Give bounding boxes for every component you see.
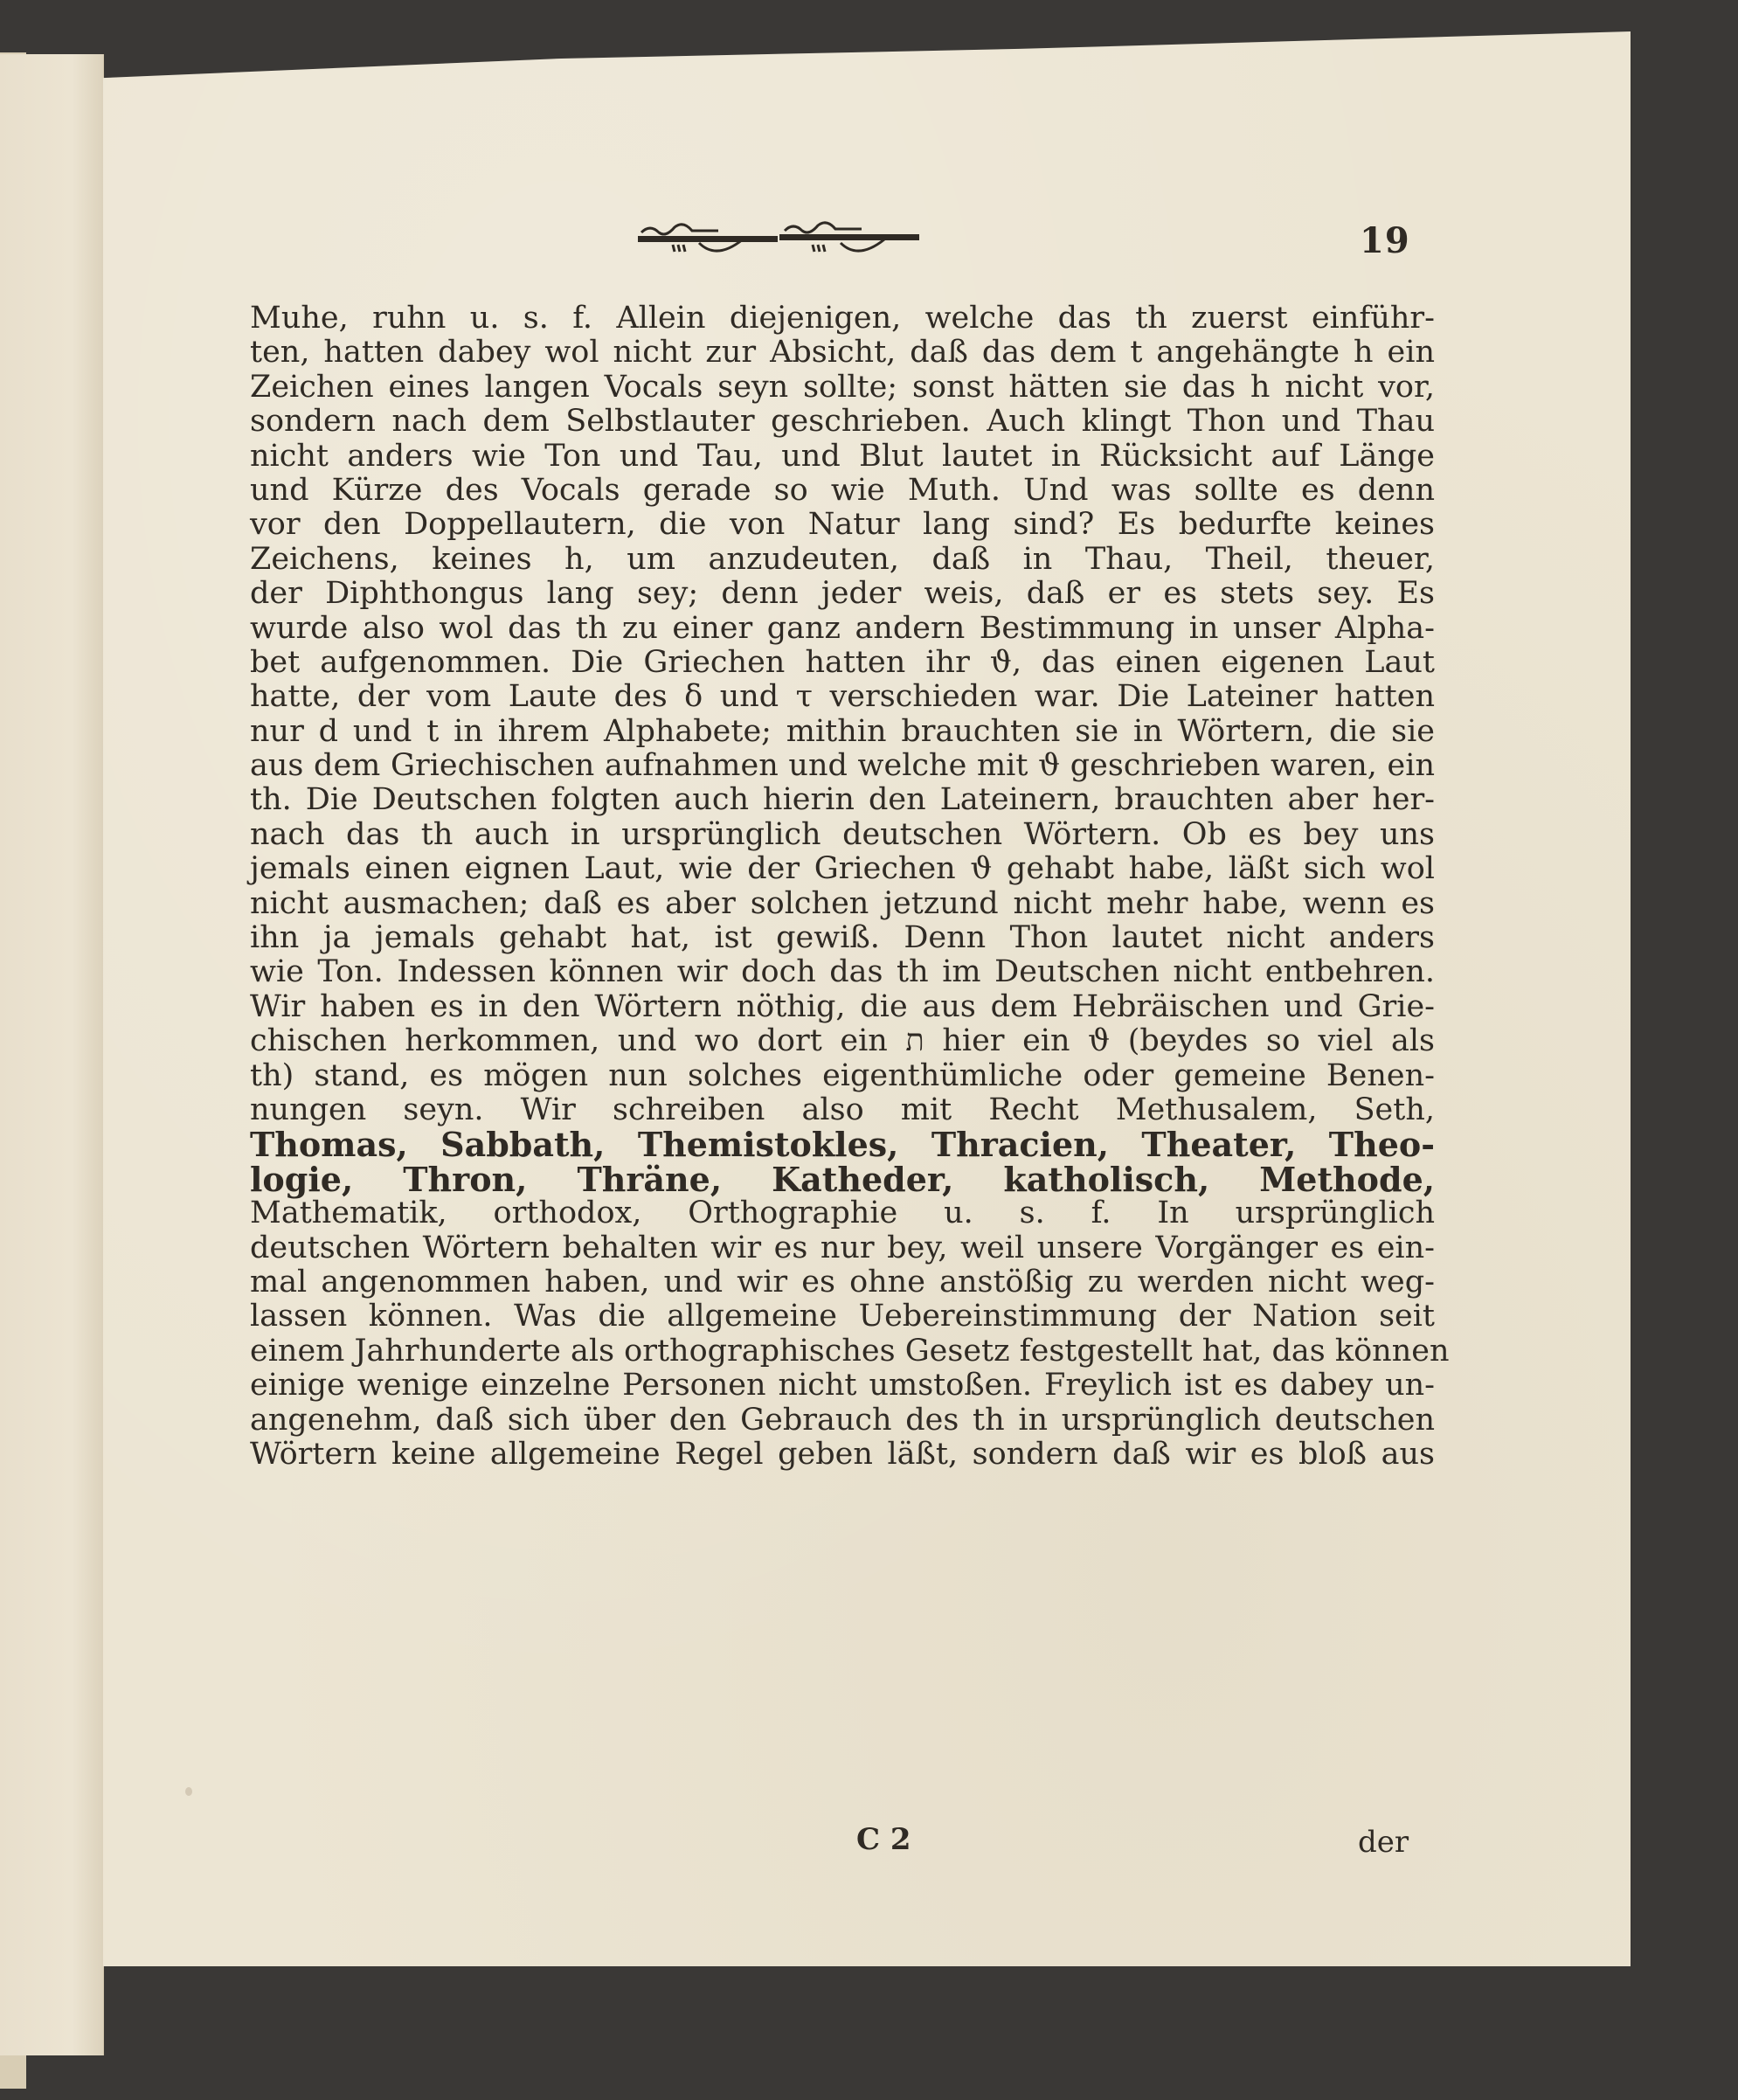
text-line: Thomas, Sabbath, Themistokles, Thracien,… <box>250 1127 1435 1161</box>
text-line: Muhe, ruhn u. s. f. Allein diejenigen, w… <box>250 301 1435 336</box>
text-line: bet aufgenommen. Die Griechen hatten ihr… <box>250 646 1435 680</box>
text-line: Mathematik, orthodox, Orthographie u. s.… <box>250 1196 1435 1230</box>
text-line: wurde also wol das th zu einer ganz ande… <box>250 612 1435 646</box>
text-line: nicht ausmachen; daß es aber solchen jet… <box>250 887 1435 921</box>
text-line: nicht anders wie Ton und Tau, und Blut l… <box>250 440 1435 474</box>
text-line: chischen herkommen, und wo dort ein ת hi… <box>250 1024 1435 1058</box>
signature-mark: C 2 <box>856 1822 911 1857</box>
text-line: einige wenige einzelne Personen nicht um… <box>250 1369 1435 1403</box>
text-line: th) stand, es mögen nun solches eigenthü… <box>250 1059 1435 1093</box>
text-line: logie, Thron, Thräne, Katheder, katholis… <box>250 1162 1435 1196</box>
text-line: vor den Doppellautern, die von Natur lan… <box>250 508 1435 542</box>
text-line: jemals einen eignen Laut, wie der Griech… <box>250 852 1435 886</box>
text-line: nur d und t in ihrem Alphabete; mithin b… <box>250 715 1435 749</box>
page-number: 19 <box>1360 220 1410 261</box>
text-line: hatte, der vom Laute des δ und τ verschi… <box>250 680 1435 714</box>
text-line: wie Ton. Indessen können wir doch das th… <box>250 955 1435 989</box>
text-line: nach das th auch in ursprünglich deutsch… <box>250 818 1435 852</box>
text-line: und Kürze des Vocals gerade so wie Muth.… <box>250 474 1435 508</box>
text-line: lassen können. Was die allgemeine Uebere… <box>250 1300 1435 1334</box>
paper-blemish <box>185 1787 192 1796</box>
text-line: mal angenommen haben, und wir es ohne an… <box>250 1265 1435 1300</box>
text-line: Wir haben es in den Wörtern nöthig, die … <box>250 990 1435 1024</box>
text-line: ihn ja jemals gehabt hat, ist gewiß. Den… <box>250 921 1435 955</box>
text-line: th. Die Deutschen folgten auch hierin de… <box>250 783 1435 817</box>
ornament-rule-icon <box>638 215 926 259</box>
text-line: der Diphthongus lang sey; denn jeder wei… <box>250 577 1435 611</box>
binding-gutter <box>0 54 104 2055</box>
text-line: deutschen Wörtern behalten wir es nur be… <box>250 1231 1435 1265</box>
text-line: aus dem Griechischen aufnahmen und welch… <box>250 749 1435 783</box>
body-text: Muhe, ruhn u. s. f. Allein diejenigen, w… <box>250 301 1435 1472</box>
text-line: Wörtern keine allgemeine Regel geben läß… <box>250 1438 1435 1472</box>
text-line: Zeichens, keines h, um anzudeuten, daß i… <box>250 543 1435 577</box>
text-line: Zeichen eines langen Vocals seyn sollte;… <box>250 371 1435 405</box>
text-line: sondern nach dem Selbstlauter geschriebe… <box>250 405 1435 439</box>
text-line: angenehm, daß sich über den Gebrauch des… <box>250 1403 1435 1438</box>
text-line: nungen seyn. Wir schreiben also mit Rech… <box>250 1093 1435 1127</box>
catchword: der <box>1358 1825 1409 1860</box>
text-line: einem Jahrhunderte als orthographisches … <box>250 1334 1435 1369</box>
text-line: ten, hatten dabey wol nicht zur Absicht,… <box>250 336 1435 370</box>
